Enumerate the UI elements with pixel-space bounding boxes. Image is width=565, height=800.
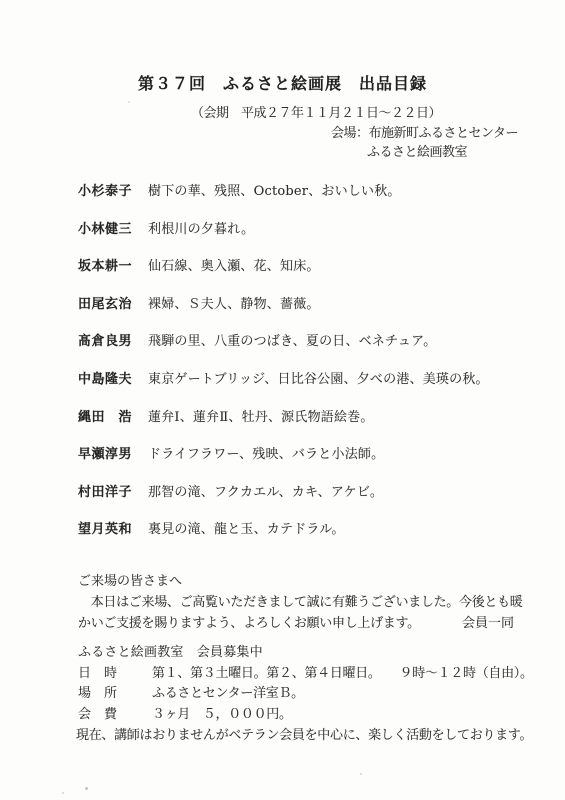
scan-noise-speck	[360, 773, 362, 775]
recruitment-row-fee: 会 費 ３ヶ月 ５，０００円。	[0, 705, 565, 726]
recruitment-label: 場 所	[78, 684, 117, 705]
artist-row: 小林健三 利根川の夕暮れ。	[0, 217, 565, 255]
greeting-text-line2: かいご支援を賜りますよう、よろしくお願い申し上げます。	[78, 612, 420, 631]
artist-row: 望月英和 裏見の滝、龍と玉、カテドラル。	[0, 517, 565, 555]
artist-works: 裏見の滝、龍と玉、カテドラル。	[148, 520, 345, 539]
recruitment-section: ふるさと絵画教室 会員募集中 日 時 第１、第３土曜日。第２、第４日曜日。 ９時…	[0, 643, 565, 746]
artist-works: ドライフラワー、残映、バラと小法師。	[148, 445, 384, 464]
scanned-document-page: 第３７回 ふるさと絵画展 出品目録 （会期 平成２７年１１月２１日～２２日） 会…	[0, 0, 565, 800]
artist-row: 早瀬淳男 ドライフラワー、残映、バラと小法師。	[0, 442, 565, 480]
artist-works: 東京ゲートブリッジ、日比谷公園、夕べの港、美瑛の秋。	[148, 370, 489, 389]
recruitment-row-place: 場 所 ふるさとセンター洋室Ｂ。	[0, 684, 565, 705]
artist-name: 村田洋子	[78, 483, 132, 502]
artist-name: 早瀬淳男	[78, 445, 132, 464]
recruitment-row-datetime: 日 時 第１、第３土曜日。第２、第４日曜日。 ９時～１２時（自由）。	[0, 664, 565, 685]
artist-name: 小林健三	[78, 220, 132, 239]
artist-works: 樹下の華、残照、October、おいしい秋。	[148, 182, 401, 201]
exhibition-organizer: ふるさと絵画教室	[367, 141, 467, 160]
scan-noise-speck	[128, 101, 130, 103]
recruitment-value: ふるさとセンター洋室Ｂ。	[152, 684, 304, 705]
artist-row: 髙倉良男 飛騨の里、八重のつばき、夏の日、ベネチュア。	[0, 329, 565, 367]
artist-name: 髙倉良男	[78, 332, 132, 351]
scan-noise-speck	[62, 792, 64, 794]
recruitment-note: 現在、講師はおりませんがベテラン会員を中心に、楽しく活動をしております。	[0, 726, 565, 747]
artist-row: 中島隆夫 東京ゲートブリッジ、日比谷公園、夕べの港、美瑛の秋。	[0, 367, 565, 405]
artist-name: 縄田 浩	[78, 408, 132, 427]
exhibition-venue: 会場：布施新町ふるさとセンター	[331, 122, 518, 141]
artist-name: 中島隆夫	[78, 370, 132, 389]
artist-works-list: 小杉泰子 樹下の華、残照、October、おいしい秋。 小林健三 利根川の夕暮れ…	[0, 179, 565, 555]
recruitment-label: 日 時	[78, 664, 117, 685]
artist-works: 那智の滝、フクカエル、カキ、アケビ。	[148, 483, 383, 502]
artist-row: 田尾玄治 裸婦、Ｓ夫人、静物、薔薇。	[0, 292, 565, 330]
scan-noise-speck	[85, 787, 88, 790]
greeting-heading: ご来場の皆さまへ	[78, 570, 182, 589]
artist-works: 裸婦、Ｓ夫人、静物、薔薇。	[148, 295, 320, 314]
artist-row: 縄田 浩 蓮弁Ⅰ、蓮弁Ⅱ、牡丹、源氏物語絵巻。	[0, 405, 565, 443]
artist-works: 飛騨の里、八重のつばき、夏の日、ベネチュア。	[148, 332, 436, 351]
document-title: 第３７回 ふるさと絵画展 出品目録	[0, 71, 565, 94]
recruitment-value: 第１、第３土曜日。第２、第４日曜日。 ９時～１２時（自由）。	[152, 664, 533, 685]
artist-name: 小杉泰子	[78, 182, 132, 201]
greeting-text-line1: 本日はご来場、ご高覧いただきまして誠に有難うございました。今後とも暖	[78, 591, 523, 610]
artist-works: 蓮弁Ⅰ、蓮弁Ⅱ、牡丹、源氏物語絵巻。	[148, 408, 374, 427]
artist-row: 小杉泰子 樹下の華、残照、October、おいしい秋。	[0, 179, 565, 217]
greeting-signature: 会員一同	[462, 612, 514, 631]
artist-works: 仙石線、奥入瀬、花、知床。	[148, 257, 320, 276]
artist-row: 村田洋子 那智の滝、フクカエル、カキ、アケビ。	[0, 480, 565, 518]
artist-row: 坂本耕一 仙石線、奥入瀬、花、知床。	[0, 254, 565, 292]
artist-works: 利根川の夕暮れ。	[148, 220, 254, 239]
recruitment-heading: ふるさと絵画教室 会員募集中	[0, 643, 565, 664]
recruitment-label: 会 費	[78, 705, 117, 726]
recruitment-value: ３ヶ月 ５，０００円。	[152, 705, 292, 726]
artist-name: 坂本耕一	[78, 257, 132, 276]
artist-name: 望月英和	[78, 520, 132, 539]
exhibition-period: （会期 平成２７年１１月２１日～２２日）	[191, 102, 441, 121]
artist-name: 田尾玄治	[78, 295, 132, 314]
